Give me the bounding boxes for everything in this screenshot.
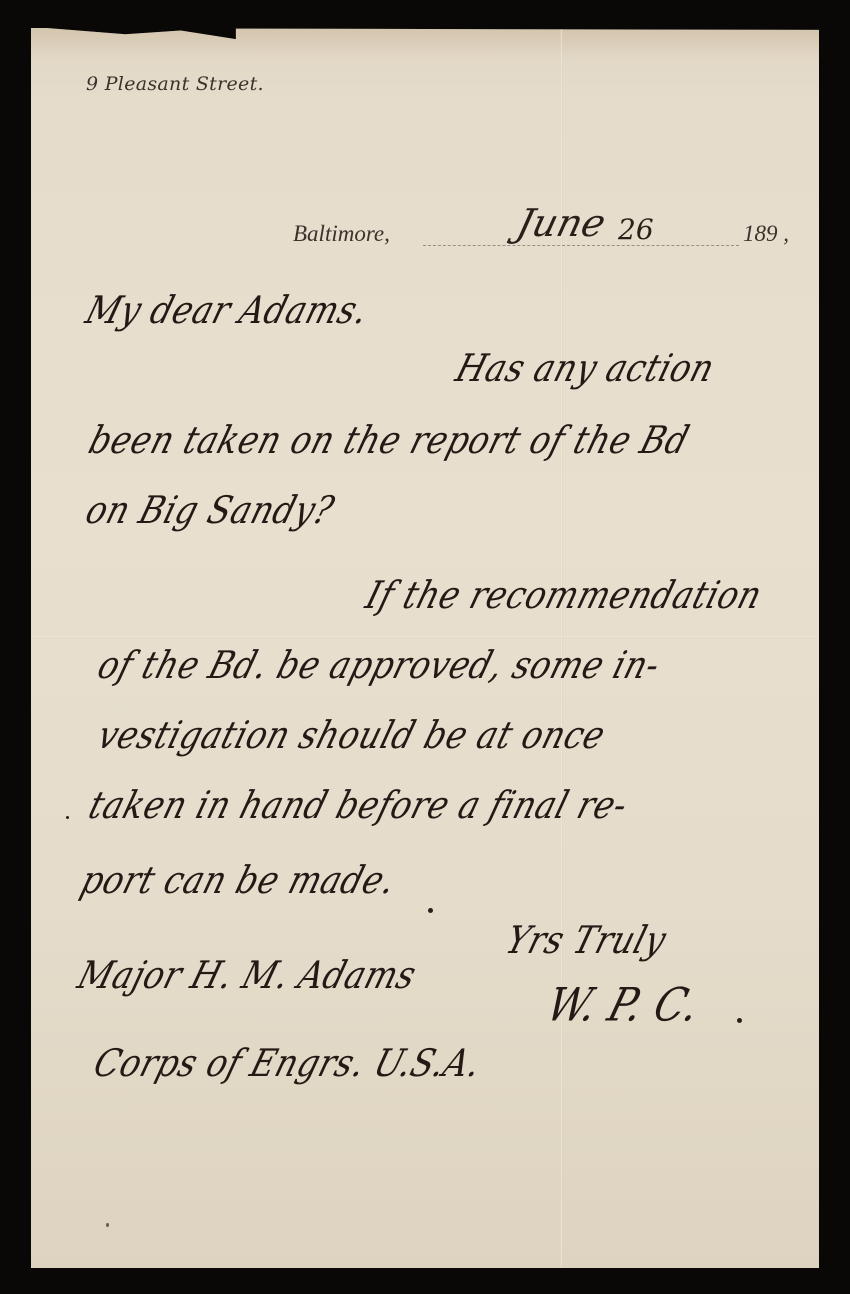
ink-spot [428, 908, 433, 913]
dateline-year: 189 , [743, 221, 789, 247]
ink-spot [66, 816, 69, 819]
body-line: taken in hand before a final re- [84, 782, 633, 827]
salutation: My dear Adams. [81, 287, 374, 332]
dateline-day: 26 [618, 213, 654, 246]
dateline-city: Baltimore, [293, 221, 390, 247]
body-line: If the recommendation [361, 572, 767, 617]
addressee-name: Major H. M. Adams [73, 952, 422, 997]
body-line: of the Bd. be approved, some in- [93, 642, 665, 687]
horizontal-fold-crease [31, 635, 819, 638]
dateline-month: June [513, 201, 611, 245]
dateline-dotted-rule [423, 245, 739, 246]
dateline: Baltimore, June 26 189 , [293, 193, 793, 253]
body-line: port can be made. [76, 857, 401, 902]
letter-sheet: 9 Pleasant Street. Baltimore, June 26 18… [31, 28, 819, 1268]
addressee-title: Corps of Engrs. U.S.A. [89, 1040, 487, 1085]
closing: Yrs Truly [501, 917, 672, 962]
body-line: Has any action [451, 345, 720, 390]
photo-stage: 9 Pleasant Street. Baltimore, June 26 18… [0, 0, 850, 1294]
paper-blemish [106, 1223, 109, 1227]
body-line: on Big Sandy? [81, 487, 339, 532]
body-line: been taken on the report of the Bd [84, 417, 694, 462]
body-line: vestigation should be at once [93, 712, 611, 757]
letterhead-address: 9 Pleasant Street. [86, 73, 264, 95]
ink-spot [737, 1018, 742, 1023]
signature: W. P. C. [541, 979, 706, 1032]
